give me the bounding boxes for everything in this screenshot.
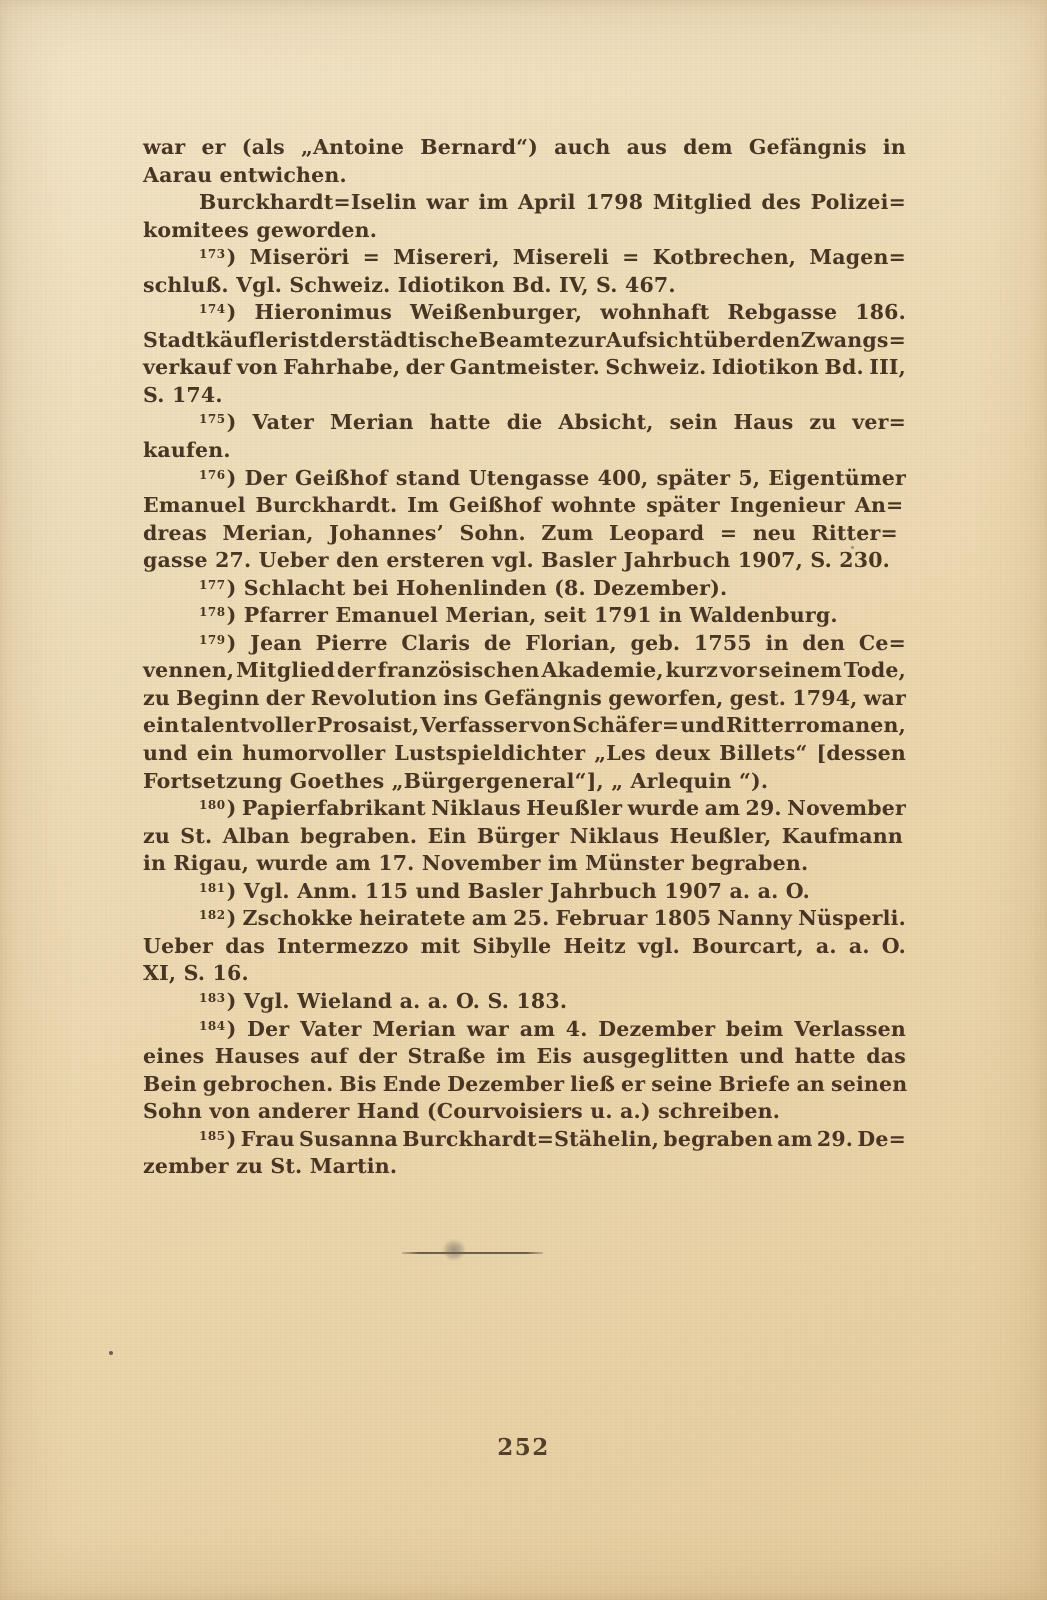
text-line: 184) Der Vater Merian war am 4. Dezember… <box>143 1016 906 1044</box>
text-line: Burckhardt=Iselin war im April 1798 Mitg… <box>143 189 906 217</box>
text-run: ) Jean Pierre Claris de Florian, geb. 17… <box>227 631 906 655</box>
text-run: ) Der Geißhof stand Utengasse 400, späte… <box>227 466 906 490</box>
text-line: kaufen. <box>143 437 906 465</box>
text-line: Stadtkäufler ist der städtische Beamte z… <box>143 327 906 355</box>
footnote-number: 179 <box>199 633 226 647</box>
text-run: ) Vgl. Anm. 115 und Basler Jahrbuch 1907… <box>227 879 810 903</box>
text-line: 177) Schlacht bei Hohenlinden (8. Dezemb… <box>143 575 906 603</box>
text-line: ein talentvoller Prosaist, Verfasser von… <box>143 712 906 740</box>
text-run: ) Papierfabrikant Niklaus Heußler wurde … <box>227 796 906 820</box>
text-line: 176) Der Geißhof stand Utengasse 400, sp… <box>143 465 906 493</box>
text-run: dreas Merian, Johannes’ Sohn. Zum Leopar… <box>143 521 898 545</box>
text-run: ) Miseröri = Misereri, Misereli = Kotbre… <box>227 245 906 269</box>
footnote-number: 174 <box>199 302 226 316</box>
text-run: S. 174. <box>143 383 223 407</box>
text-run: eines Hauses auf der Straße im Eis ausge… <box>143 1044 906 1068</box>
footnotes-text-block: war er (als „Antoine Bernard“) auch aus … <box>143 134 906 1181</box>
book-page: war er (als „Antoine Bernard“) auch aus … <box>0 0 1047 1600</box>
text-line: 183) Vgl. Wieland a. a. O. S. 183. <box>143 988 906 1016</box>
text-line: Emanuel Burckhardt. Im Geißhof wohnte sp… <box>143 492 906 520</box>
text-line: Aarau entwichen. <box>143 162 906 190</box>
text-run: schluß. Vgl. Schweiz. Idiotikon Bd. IV, … <box>143 273 676 297</box>
text-run: zember zu St. Martin. <box>143 1154 397 1178</box>
text-run: Emanuel Burckhardt. Im Geißhof wohnte sp… <box>143 493 903 517</box>
text-line: und ein humorvoller Lustspieldichter „Le… <box>143 740 906 768</box>
text-line: Fortsetzung Goethes „Bürgergeneral“], „ … <box>143 768 906 796</box>
text-run: Ueber das Intermezzo mit Sibylle Heitz v… <box>143 934 906 958</box>
text-run: gasse 27. Ueber den ersteren vgl. Basler… <box>143 548 890 572</box>
text-run: ) Pfarrer Emanuel Merian, seit 1791 in W… <box>227 603 838 627</box>
text-line: komitees geworden. <box>143 217 906 245</box>
text-line: 180) Papierfabrikant Niklaus Heußler wur… <box>143 795 906 823</box>
text-run: XI, S. 16. <box>143 961 249 985</box>
footnote-number: 175 <box>199 412 226 426</box>
text-run: vennen, Mitglied der französischen Akade… <box>143 658 906 682</box>
text-line: zu St. Alban begraben. Ein Bürger Niklau… <box>143 823 906 851</box>
text-line: vennen, Mitglied der französischen Akade… <box>143 657 906 685</box>
text-line: 174) Hieronimus Weißenburger, wohnhaft R… <box>143 299 906 327</box>
text-line: Sohn von anderer Hand (Courvoisiers u. a… <box>143 1098 906 1126</box>
text-line: 185) Frau Susanna Burckhardt=Stähelin, b… <box>143 1126 906 1154</box>
text-run: ein talentvoller Prosaist, Verfasser von… <box>143 713 906 737</box>
text-run: Sohn von anderer Hand (Courvoisiers u. a… <box>143 1099 780 1123</box>
footnote-number: 173 <box>199 247 226 261</box>
text-run: ) Schlacht bei Hohenlinden (8. Dezember)… <box>227 576 728 600</box>
text-line: zu Beginn der Revolution ins Gefängnis g… <box>143 685 906 713</box>
text-line: 175) Vater Merian hatte die Absicht, sei… <box>143 409 906 437</box>
text-run: Bein gebrochen. Bis Ende Dezember ließ e… <box>143 1072 907 1096</box>
text-run: Fortsetzung Goethes „Bürgergeneral“], „ … <box>143 769 768 793</box>
text-line: verkauf von Fahrhabe, der Gantmeister. S… <box>143 354 906 382</box>
text-line: 181) Vgl. Anm. 115 und Basler Jahrbuch 1… <box>143 878 906 906</box>
footnote-number: 183 <box>199 991 226 1005</box>
text-run: zu Beginn der Revolution ins Gefängnis g… <box>143 686 906 710</box>
text-line: Bein gebrochen. Bis Ende Dezember ließ e… <box>143 1071 906 1099</box>
text-run: ) Vater Merian hatte die Absicht, sein H… <box>227 410 906 434</box>
paper-speck <box>851 546 854 549</box>
footnote-number: 180 <box>199 798 226 812</box>
text-line: in Rigau, wurde am 17. November im Münst… <box>143 850 906 878</box>
ink-smudge <box>443 1240 465 1260</box>
text-run: verkauf von Fahrhabe, der Gantmeister. S… <box>143 355 906 379</box>
text-line: S. 174. <box>143 382 906 410</box>
text-run: ) Zschokke heiratete am 25. Februar 1805… <box>227 906 906 930</box>
text-run: ) Vgl. Wieland a. a. O. S. 183. <box>227 989 568 1013</box>
footnote-number: 178 <box>199 605 226 619</box>
text-line: gasse 27. Ueber den ersteren vgl. Basler… <box>143 547 906 575</box>
text-line: dreas Merian, Johannes’ Sohn. Zum Leopar… <box>143 520 906 548</box>
text-run: kaufen. <box>143 438 231 462</box>
text-line: 173) Miseröri = Misereri, Misereli = Kot… <box>143 244 906 272</box>
footnote-number: 184 <box>199 1019 226 1033</box>
footnote-number: 181 <box>199 881 226 895</box>
text-run: und ein humorvoller Lustspieldichter „Le… <box>143 741 906 765</box>
text-run: komitees geworden. <box>143 218 377 242</box>
text-line: 179) Jean Pierre Claris de Florian, geb.… <box>143 630 906 658</box>
section-divider <box>402 1252 543 1254</box>
text-line: XI, S. 16. <box>143 960 906 988</box>
text-line: eines Hauses auf der Straße im Eis ausge… <box>143 1043 906 1071</box>
page-number: 252 <box>0 1434 1047 1461</box>
footnote-number: 176 <box>199 468 226 482</box>
text-line: 178) Pfarrer Emanuel Merian, seit 1791 i… <box>143 602 906 630</box>
text-line: Ueber das Intermezzo mit Sibylle Heitz v… <box>143 933 906 961</box>
footnote-number: 185 <box>199 1129 226 1143</box>
paper-speck <box>109 1351 113 1355</box>
text-line: zember zu St. Martin. <box>143 1153 906 1181</box>
text-run: in Rigau, wurde am 17. November im Münst… <box>143 851 808 875</box>
text-line: schluß. Vgl. Schweiz. Idiotikon Bd. IV, … <box>143 272 906 300</box>
text-line: 182) Zschokke heiratete am 25. Februar 1… <box>143 905 906 933</box>
footnote-number: 177 <box>199 578 226 592</box>
text-run: Stadtkäufler ist der städtische Beamte z… <box>143 328 906 352</box>
text-run: Aarau entwichen. <box>143 163 347 187</box>
footnote-number: 182 <box>199 908 226 922</box>
text-run: Burckhardt=Iselin war im April 1798 Mitg… <box>199 190 906 214</box>
text-run: war er (als „Antoine Bernard“) auch aus … <box>143 135 906 159</box>
text-run: zu St. Alban begraben. Ein Bürger Niklau… <box>143 824 903 848</box>
text-run: ) Hieronimus Weißenburger, wohnhaft Rebg… <box>227 300 906 324</box>
text-run: ) Der Vater Merian war am 4. Dezember be… <box>227 1017 906 1041</box>
text-line: war er (als „Antoine Bernard“) auch aus … <box>143 134 906 162</box>
text-run: ) Frau Susanna Burckhardt=Stähelin, begr… <box>227 1127 906 1151</box>
